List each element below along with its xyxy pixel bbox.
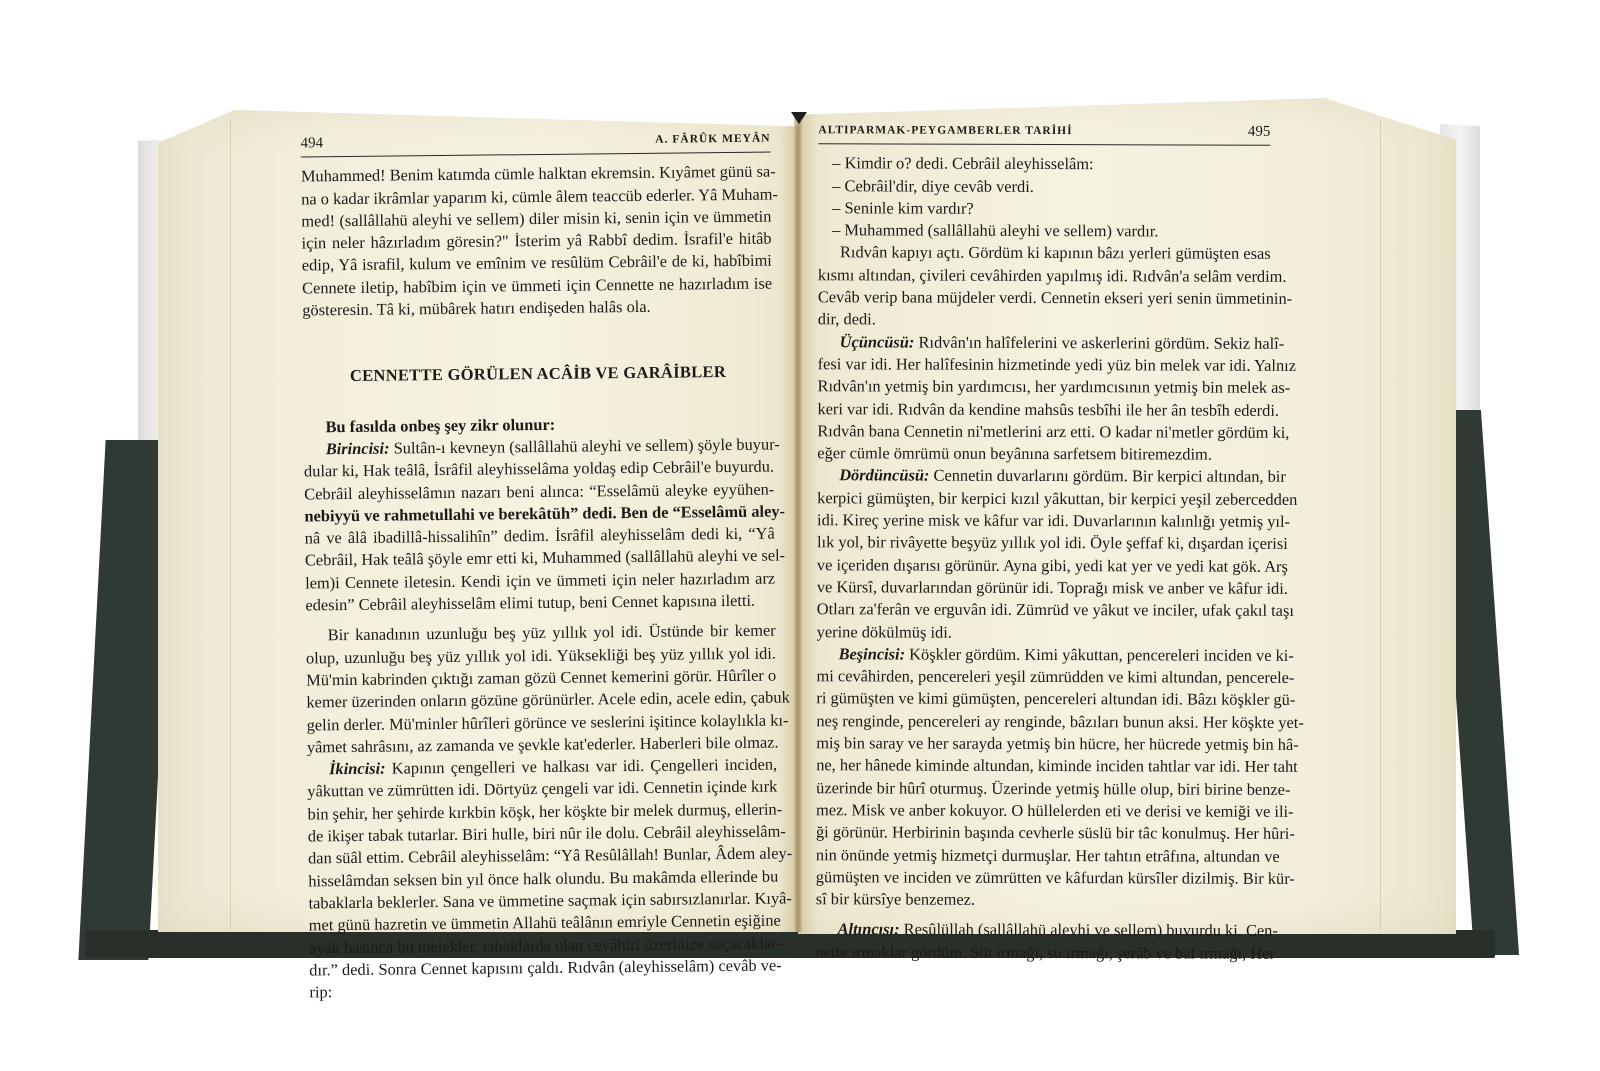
text-line: mez. Misk ve anber kokuyor. O hüllelerde… — [816, 799, 1268, 823]
paragraph-birincisi: Birincisi: Sultân-ı kevneyn (sallâllahü … — [304, 434, 776, 617]
item-label: Altıncısı: — [838, 920, 900, 939]
item-label: Beşincisi: — [839, 644, 906, 663]
dialogue-line: – Cebrâil'dir, diye cevâb verdi. — [818, 175, 1270, 199]
running-head: A. FÂRÛK MEYÂN — [655, 128, 770, 152]
text-line: üzerinde bir hûrî oturmuş. Üzerinde yetm… — [816, 777, 1268, 801]
text-line: miş bin saray ve her sarayda yetmiş bin … — [816, 732, 1268, 756]
open-book: 494 A. FÂRÛK MEYÂN Muhammed! Benim katım… — [0, 0, 1600, 1071]
text-line: lık yol, bir rivâyette beşyüz yıllık yol… — [817, 532, 1269, 556]
page-edge-line — [1380, 120, 1381, 930]
paragraph-ridvan: Rıdvân kapıyı açtı. Gördüm ki kapının bâ… — [818, 242, 1270, 333]
text-line: ve içeriden dışarısı görünür. Ayna gibi,… — [817, 554, 1269, 578]
text-line: gösteresin. Tâ ki, mübârek hatırı endişe… — [302, 295, 772, 322]
item-label: İkincisi: — [329, 759, 386, 779]
text-line: Rıdvân'ın yetmiş bin yardımcısı, her yar… — [818, 375, 1270, 399]
right-page-text: ALTIPARMAK-PEYGAMBERLER TARİHİ 495 – Kim… — [816, 119, 1271, 965]
item-label: Dördüncüsü: — [839, 466, 929, 485]
text-line: ne, her hânede kiminde altundan, kiminde… — [816, 755, 1268, 779]
text-line: kerpici gümüşten, bir kerpici kızıl yâku… — [817, 487, 1269, 511]
paragraph-besincisi: Beşincisi: Köşkler gördüm. Kimi yâkuttan… — [816, 643, 1269, 912]
right-page-header: ALTIPARMAK-PEYGAMBERLER TARİHİ 495 — [818, 119, 1270, 146]
text-line: idi. Kireç yerine misk ve kâfur var idi.… — [817, 509, 1269, 533]
paragraph-ikincisi: İkincisi: Kapının çengelleri ve halkası … — [307, 754, 780, 1004]
book-gutter — [794, 112, 802, 932]
paragraph-dorduncusu: Dördüncüsü: Cennetin duvarlarını gördüm.… — [817, 465, 1270, 645]
left-page-text: 494 A. FÂRÛK MEYÂN Muhammed! Benim katım… — [300, 128, 779, 1004]
page-number: 495 — [1248, 121, 1271, 143]
text-line: Altıncısı: Resûlüllah (sallâllahü aleyhi… — [816, 919, 1268, 943]
text-line: nette ırmaklar gördüm. Süt ırmağı, su ır… — [816, 941, 1268, 965]
text-line: Rıdvân kapıyı açtı. Gördüm ki kapının bâ… — [818, 242, 1270, 266]
text-line: ri gümüşten ve kimi gümüşten, pencereler… — [816, 688, 1268, 712]
text-line: ve Kürsî, duvarlarından görünür idi. Top… — [817, 576, 1269, 600]
text-line: neş renginde, pencereleri ay renginde, b… — [816, 710, 1268, 734]
text-line: fesi var idi. Her halîfesinin hizmetinde… — [818, 353, 1270, 377]
text-line: Rıdvân bana Cennetin ni'metlerini arz et… — [817, 420, 1269, 444]
intro-paragraph: Muhammed! Benim katımda cümle halktan ek… — [301, 161, 773, 322]
text-line: Dördüncüsü: Cennetin duvarlarını gördüm.… — [817, 465, 1269, 489]
dialogue-line: – Seninle kim vardır? — [818, 197, 1270, 221]
paragraph-kanad: Bir kanadının uzunluğu beş yüz yıllık yo… — [306, 620, 777, 759]
text-line: gümüşten ve inciden ve zümrütten ve kâfu… — [816, 866, 1268, 890]
item-label: Üçüncüsü: — [840, 332, 915, 351]
item-label: Birincisi: — [326, 439, 390, 459]
text-line: dir, dedi. — [818, 309, 1270, 333]
page-edge-line — [230, 120, 231, 930]
text-line: Üçüncüsü: Rıdvân'ın halîfelerini ve aske… — [818, 331, 1270, 355]
page-number: 494 — [300, 132, 323, 155]
text-line: keri var idi. Rıdvân da kendine mahsûs t… — [817, 398, 1269, 422]
text-line: yerine dökülmüş idi. — [817, 621, 1269, 645]
running-head: ALTIPARMAK-PEYGAMBERLER TARİHİ — [818, 119, 1072, 142]
text-line: Cevâb verip bana müjdeler verdi. Cenneti… — [818, 286, 1270, 310]
section-title: CENNETTE GÖRÜLEN ACÂİB VE GARÂİBLER — [303, 361, 773, 388]
left-page-header: 494 A. FÂRÛK MEYÂN — [300, 128, 770, 158]
text-line: Beşincisi: Köşkler gördüm. Kimi yâkuttan… — [817, 643, 1269, 667]
text-line: sî bir kürsîye benzemez. — [816, 888, 1268, 912]
text-line: nin önünde yetmiş hizmetçi durmuşlar. He… — [816, 844, 1268, 868]
paragraph-altincisi: Altıncısı: Resûlüllah (sallâllahü aleyhi… — [816, 919, 1268, 965]
text-line: eğer cümle ömrümü onun beyânına sarfetse… — [817, 442, 1269, 466]
paragraph-ucuncusu: Üçüncüsü: Rıdvân'ın halîfelerini ve aske… — [817, 331, 1269, 466]
cover-bottom-edge — [85, 930, 1495, 958]
text-line: kısmı altından, çivileri cevâhirden yapı… — [818, 264, 1270, 288]
dialogue-line: – Kimdir o? dedi. Cebrâil aleyhisselâm: — [818, 153, 1270, 177]
dialogue-line: – Muhammed (sallâllahü aleyhi ve sellem)… — [818, 219, 1270, 243]
text-line: mi cevâhirden, pencereleri yeşil zümrüdd… — [816, 665, 1268, 689]
text-line: ği görünür. Herbirinin başında cevherle … — [816, 821, 1268, 845]
text-line: Otları za'ferân ve erguvân idi. Zümrüd v… — [817, 598, 1269, 622]
dialogue: – Kimdir o? dedi. Cebrâil aleyhisselâm: … — [818, 153, 1270, 244]
